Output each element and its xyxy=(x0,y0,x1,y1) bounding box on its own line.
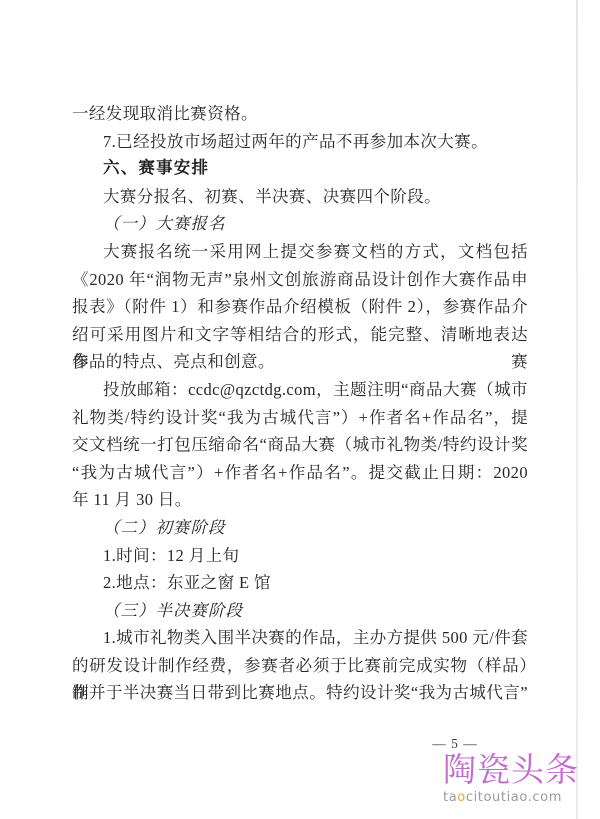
site-domain-suffix: citoutiao.com xyxy=(466,790,562,805)
site-domain: taocitoutiao.com xyxy=(443,791,593,805)
document-line-body: 一经发现取消比赛资格。 xyxy=(72,100,528,128)
document-page: 一经发现取消比赛资格。7.已经投放市场超过两年的产品不再参加本次大赛。六、赛事安… xyxy=(0,0,600,819)
document-line-heading: 六、赛事安排 xyxy=(72,155,528,183)
document-line-body: 年 11 月 30 日。 xyxy=(72,486,528,514)
document-line-body: 大赛报名统一采用网上提交参赛文档的方式，文档包括 xyxy=(72,238,528,266)
document-line-body: “我为古城代言”）+作者名+作品名”。提交截止日期：2020 xyxy=(72,459,528,487)
document-line-body: 1.时间：12 月上旬 xyxy=(72,542,528,570)
document-line-body: 2.地点：东亚之窗 E 馆 xyxy=(72,569,528,597)
document-line-body: 作并于半决赛当日带到比赛地点。特约设计奖“我为古城代言” xyxy=(72,679,528,707)
document-line-body: 《2020 年“润物无声”泉州文创旅游商品设计创作大赛作品申 xyxy=(72,266,528,294)
site-domain-accent: o xyxy=(457,790,466,805)
site-watermark: 陶瓷头条 taocitoutiao.com xyxy=(443,750,593,805)
document-line-body: 交文档统一打包压缩命名“商品大赛（城市礼物类/特约设计奖 xyxy=(72,431,528,459)
document-line-body: 绍可采用图片和文字等相结合的形式，能完整、清晰地表达参赛 xyxy=(72,321,528,349)
document-text-block: 一经发现取消比赛资格。7.已经投放市场超过两年的产品不再参加本次大赛。六、赛事安… xyxy=(72,100,528,707)
document-line-subheading: （三）半决赛阶段 xyxy=(72,597,528,625)
document-line-body: 礼物类/特约设计奖“我为古城代言”）+作者名+作品名”，提 xyxy=(72,404,528,432)
document-line-body: 大赛分报名、初赛、半决赛、决赛四个阶段。 xyxy=(72,183,528,211)
document-line-subheading: （一）大赛报名 xyxy=(72,210,528,238)
document-line-body: 投放邮箱：ccdc@qzctdg.com，主题注明“商品大赛（城市 xyxy=(72,376,528,404)
document-line-body: 7.已经投放市场超过两年的产品不再参加本次大赛。 xyxy=(72,128,528,156)
document-line-body: 1.城市礼物类入围半决赛的作品，主办方提供 500 元/件套 xyxy=(72,624,528,652)
site-logo: 陶瓷头条 xyxy=(443,750,593,790)
site-domain-prefix: ta xyxy=(443,790,457,805)
document-line-subheading: （二）初赛阶段 xyxy=(72,514,528,542)
scan-edge-artifact xyxy=(576,0,578,819)
document-line-body: 报表》（附件 1）和参赛作品介绍模板（附件 2），参赛作品介 xyxy=(72,293,528,321)
document-line-body: 的研发设计制作经费，参赛者必须于比赛前完成实物（样品）制 xyxy=(72,652,528,680)
